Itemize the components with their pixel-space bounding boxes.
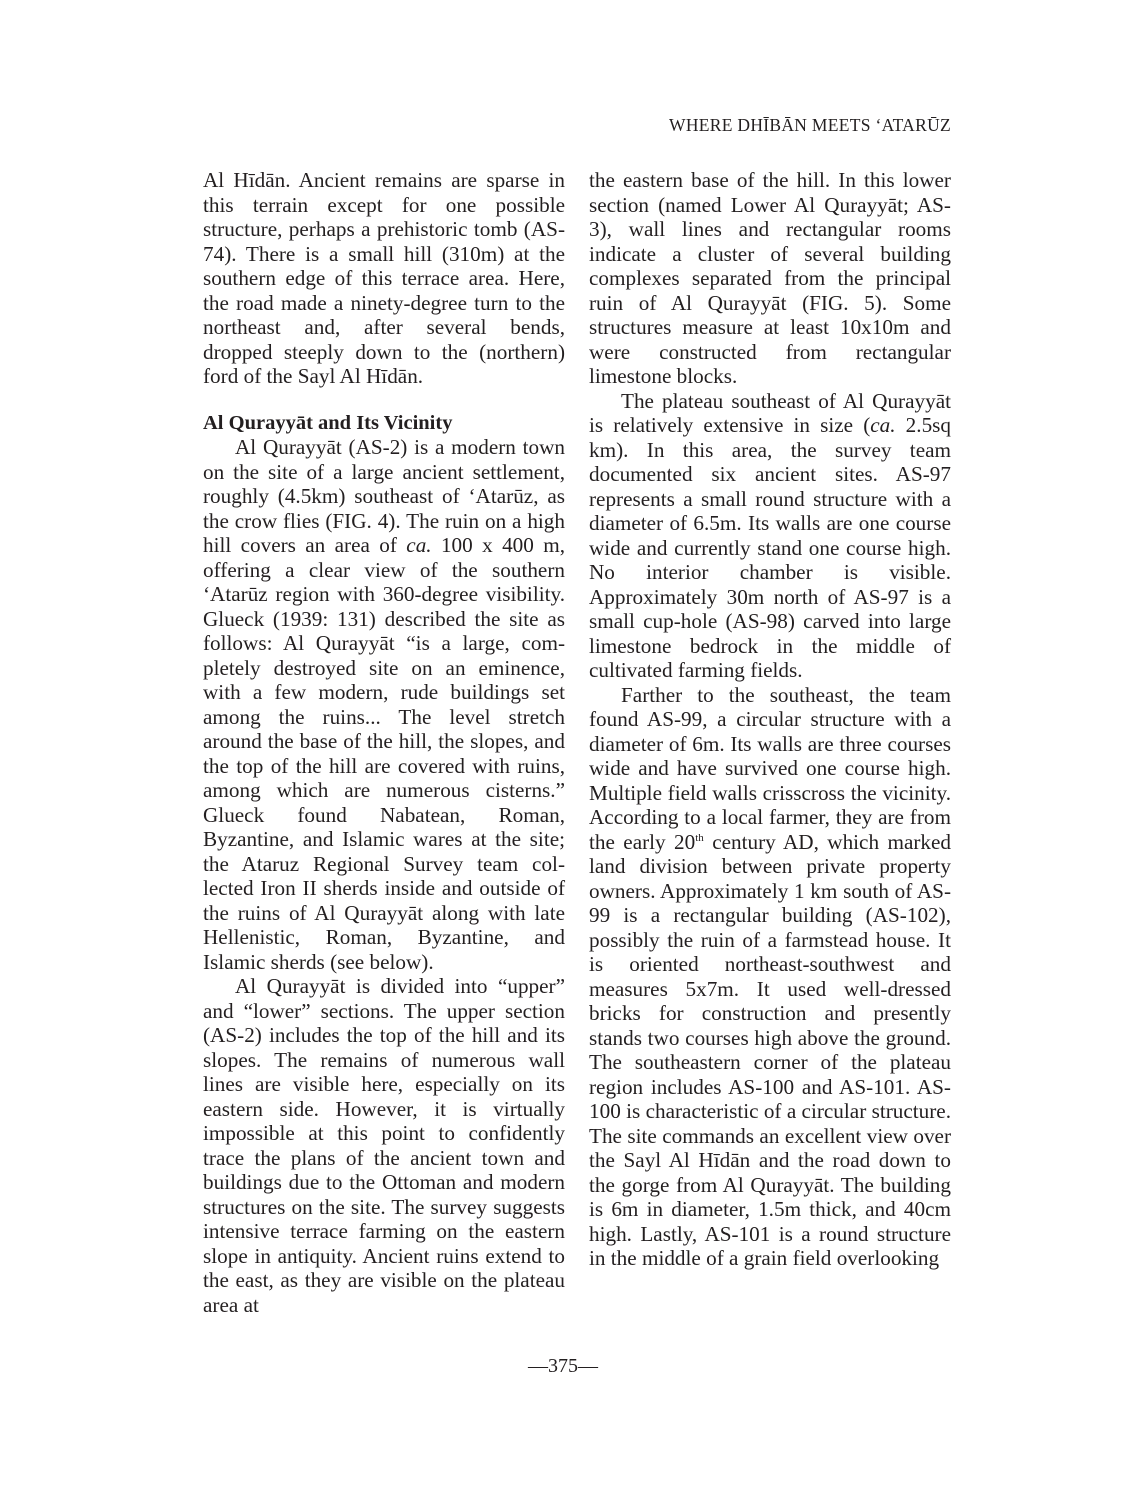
left-column: Al Hīdān. Ancient remains are sparse in … [203, 168, 565, 1317]
running-head: WHERE DHĪBĀN MEETS ‘ATARŪZ [669, 115, 951, 136]
text-run: century AD, which marked land divi­sion … [589, 830, 951, 1271]
italic-ca: ca. [870, 413, 895, 437]
document-page: WHERE DHĪBĀN MEETS ‘ATARŪZ Al Hīdān. Anc… [0, 0, 1126, 1500]
text-run: Farther to the southeast, the team found… [589, 683, 951, 854]
right-column: the eastern base of the hill. In this lo… [589, 168, 951, 1271]
superscript-th: th [695, 832, 704, 844]
paragraph-al-qurayyat-intro: Al Qurayyāt (AS-2) is a modern town on t… [203, 435, 565, 974]
italic-ca: ca. [406, 533, 431, 557]
paragraph-farther-southeast: Farther to the southeast, the team found… [589, 683, 951, 1271]
paragraph-plateau: The plateau southeast of Al Qurayyāt is … [589, 389, 951, 683]
text-run: 2.5sq km). In this area, the survey team… [589, 413, 951, 682]
page-number: —375— [0, 1355, 1126, 1378]
section-heading: Al Qurayyāt and Its Vicinity [203, 411, 565, 436]
paragraph-continued: Al Hīdān. Ancient remains are sparse in … [203, 168, 565, 389]
paragraph-upper-lower: Al Qurayyāt is divided into “upper” and … [203, 974, 565, 1317]
paragraph-continued: the eastern base of the hill. In this lo… [589, 168, 951, 389]
text-run: 100 x 400 m, offering a clear view of th… [203, 533, 565, 974]
